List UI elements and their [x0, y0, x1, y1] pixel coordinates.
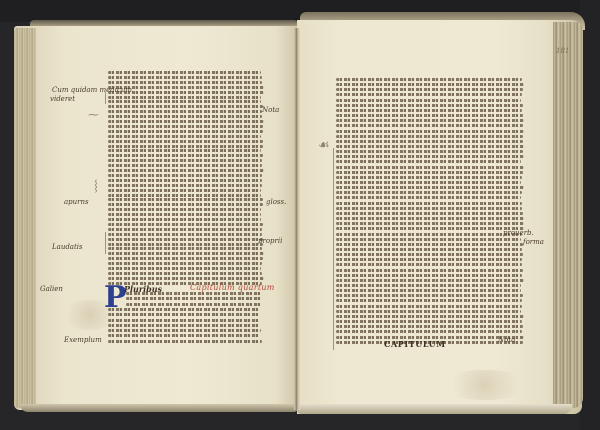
script-line: [336, 284, 521, 287]
margin-note: apurns: [64, 198, 89, 207]
script-line: [108, 194, 261, 197]
script-line: [336, 88, 523, 91]
incipit-word: Pluribus: [124, 284, 162, 294]
script-line: [336, 274, 522, 277]
script-line: [336, 320, 522, 323]
script-line: [108, 159, 262, 162]
script-line: [336, 150, 523, 153]
script-line: [336, 181, 521, 184]
script-line: [126, 297, 262, 300]
script-line: [108, 96, 261, 99]
script-line: [336, 104, 523, 107]
script-line: [336, 310, 521, 313]
script-line: [336, 258, 522, 261]
rubric-heading: Capitulum quartum: [190, 283, 275, 292]
script-line: [108, 140, 263, 143]
script-line: [336, 253, 523, 256]
script-line: [108, 120, 264, 123]
margin-flourish-icon: ⸾: [94, 178, 98, 193]
margin-note: prouerb.: [503, 229, 534, 238]
script-line: [336, 135, 523, 138]
margin-note: Exemplum: [64, 336, 102, 345]
script-line: [108, 267, 261, 270]
script-line: [108, 184, 262, 187]
script-line: [108, 71, 261, 74]
script-line: [108, 247, 262, 250]
script-line: [108, 179, 262, 182]
script-line: [108, 319, 259, 322]
script-line: [108, 145, 263, 148]
script-line: [108, 329, 261, 332]
script-line: [336, 233, 522, 236]
script-line: [336, 83, 524, 86]
script-line: [336, 305, 522, 308]
script-line: [108, 125, 263, 128]
margin-note: Cum quidam medicum: [52, 86, 132, 95]
script-line: [336, 227, 524, 230]
script-line: [108, 208, 261, 211]
script-line: [336, 109, 522, 112]
script-line: [108, 252, 264, 255]
script-line: [108, 130, 263, 133]
script-line: [336, 114, 523, 117]
script-line: [336, 93, 522, 96]
script-line: [108, 100, 261, 103]
script-line: [336, 99, 521, 102]
script-line: [108, 81, 262, 84]
script-line: [108, 189, 261, 192]
script-line: [336, 217, 524, 220]
script-line: [108, 334, 260, 337]
script-line: [108, 76, 262, 79]
script-line: [336, 202, 522, 205]
script-line: [108, 272, 262, 275]
script-line: [108, 340, 262, 343]
script-line: [336, 248, 522, 251]
paragraph-flourish-icon: ☙: [318, 138, 330, 153]
script-line: [108, 262, 262, 265]
margin-note: Laudatis: [52, 243, 83, 252]
script-line: [336, 315, 524, 318]
right-page-bottom-edge: [297, 404, 572, 414]
margin-note: forma: [523, 238, 544, 247]
script-line: [108, 238, 263, 241]
script-line: [336, 269, 523, 272]
script-line: [336, 130, 524, 133]
script-line: [336, 212, 523, 215]
background-right: [580, 0, 600, 430]
left-page-bottom-edge: [20, 404, 298, 412]
script-line: [336, 196, 521, 199]
script-line: [336, 186, 524, 189]
script-line: [108, 135, 261, 138]
script-line: [336, 299, 522, 302]
script-line: [108, 277, 264, 280]
script-line: [336, 176, 522, 179]
script-line: [108, 308, 260, 311]
margin-bracket: [333, 148, 334, 350]
script-line: [108, 154, 263, 157]
script-line: [108, 203, 263, 206]
script-line: [108, 243, 263, 246]
parchment-stain: [440, 370, 530, 400]
left-page-fore-edge: [14, 28, 36, 408]
margin-bracket: [105, 232, 106, 254]
script-line: [108, 198, 263, 201]
script-line: [336, 243, 523, 246]
script-line: [336, 222, 524, 225]
script-line: [108, 115, 262, 118]
script-line: [108, 218, 261, 221]
script-line: [108, 324, 260, 327]
script-line: [336, 294, 523, 297]
script-line: [108, 169, 264, 172]
margin-note: videret: [50, 95, 75, 104]
script-line: [336, 160, 521, 163]
script-line: [336, 166, 524, 169]
script-line: [336, 325, 523, 328]
script-line: [336, 191, 522, 194]
script-line: [336, 171, 523, 174]
folio-number: 181: [556, 47, 569, 55]
margin-note: proprii: [258, 237, 282, 246]
script-line: [336, 238, 521, 241]
margin-note: Nota: [262, 106, 279, 115]
script-line: [336, 140, 523, 143]
script-line: [108, 174, 262, 177]
script-line: [108, 110, 262, 113]
script-line: [108, 223, 263, 226]
script-line: [108, 233, 262, 236]
script-line: [336, 330, 522, 333]
script-line: [108, 313, 260, 316]
script-line: [336, 78, 522, 81]
script-line: [336, 145, 524, 148]
script-line: [336, 119, 524, 122]
margin-note: Galien: [40, 285, 63, 294]
script-line: [108, 228, 262, 231]
margin-note: gloss.: [266, 198, 286, 207]
script-line: [108, 164, 262, 167]
chapter-heading: CAPITULUM: [384, 339, 446, 349]
script-line: [336, 263, 522, 266]
script-line: [336, 279, 524, 282]
margin-flourish-icon: ⁓: [88, 108, 99, 121]
script-line: [108, 105, 263, 108]
script-line: [108, 257, 263, 260]
script-line: [108, 213, 261, 216]
script-line: [336, 207, 522, 210]
script-line: [126, 303, 262, 306]
script-line: [336, 124, 523, 127]
script-line: [336, 155, 524, 158]
margin-note: Nota: [498, 336, 515, 345]
right-page-fore-edge: [553, 22, 583, 408]
book-gutter: [294, 28, 300, 410]
script-line: [108, 149, 261, 152]
script-line: [336, 289, 521, 292]
